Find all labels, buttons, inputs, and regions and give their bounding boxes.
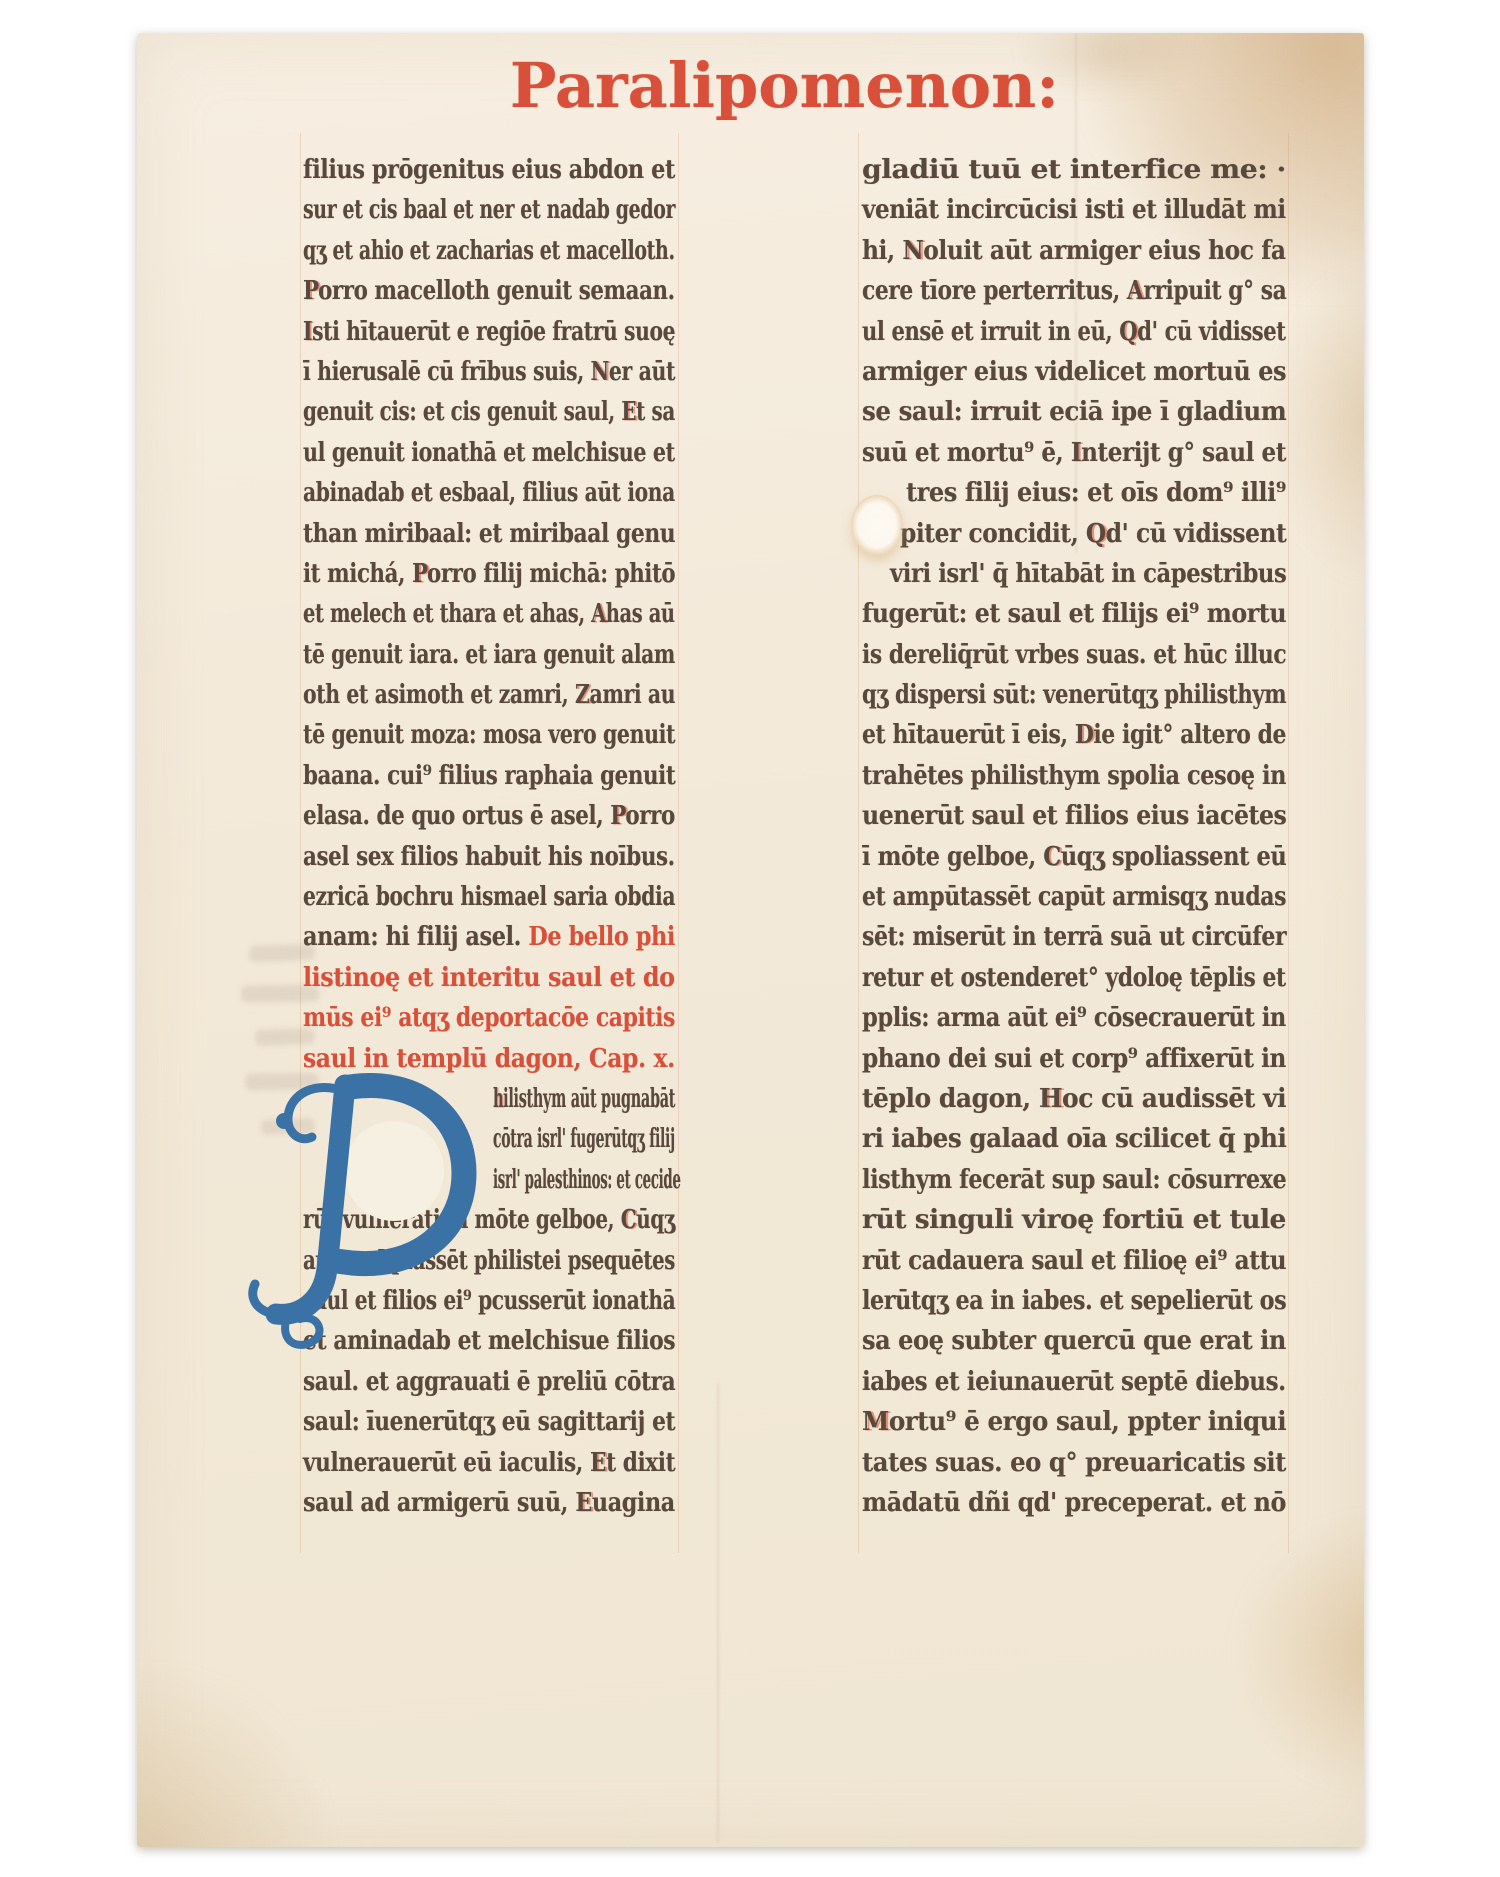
text-line: gladiū tuū et interfice me: · [862,150,1286,190]
ruling-line [1288,133,1289,1553]
text-line: ī hierusalē cū frībus suis, Ner aūt [303,352,675,392]
stain [137,1672,342,1847]
text-line: mādatū dñi qd' preceperat. et nō [862,1483,1286,1523]
text-line: piter concidit, Qd' cū vidissent [862,514,1286,554]
text-line: tēplo dagon, Hoc cū audissēt vi [862,1079,1286,1119]
ruling-line [678,133,679,1553]
text-line: ri iabes galaad oīa scilicet q̄ phi [862,1119,1286,1159]
text-line: qʒ et ahio et zacharias et macelloth. [303,231,675,271]
text-line: baana. cui⁹ filius raphaia genuit [303,756,675,796]
text-line: qʒ dispersi sūt: venerūtqʒ philisthym [862,675,1286,715]
text-line: suū et mortu⁹ ē, Interijt g° saul et [862,433,1286,473]
text-line: oth et asimoth et zamri, Zamri au [303,675,675,715]
text-line: tates suas. eo q° preuaricatis sit [862,1443,1286,1483]
text-line: listhym fecerāt sup saul: cōsurrexe [862,1160,1286,1200]
text-line: saul. et aggrauati ē preliū cōtra [303,1362,675,1402]
vellum-hole [851,495,903,555]
text-line: ezricā bochru hismael saria obdia [303,877,675,917]
text-line: rūt cadauera saul et filioę ei⁹ attu [862,1241,1286,1281]
text-line: lerūtqʒ ea in iabes. et sepelierūt os [862,1281,1286,1321]
text-column-right: gladiū tuū et interfice me: ·veniāt inci… [862,150,1286,1523]
text-line: filius prōgenitus eius abdon et [303,150,675,190]
text-line: asel sex filios habuit his noībus. [303,837,675,877]
text-line: elasa. de quo ortus ē asel, Porro [303,796,675,836]
text-line: ī mōte gelboe, Cūqʒ spoliassent eū [862,837,1286,877]
text-line: tres filij eius: et oīs dom⁹ illi⁹ [862,473,1286,513]
parchment-crease [717,1383,719,1843]
text-line: sur et cis baal et ner et nadab gedor [303,190,675,230]
text-line: mūs ei⁹ atqʒ deportacōe capitis [303,998,675,1038]
text-line: listinoę et interitu saul et do [303,958,675,998]
text-line: sa eoę subter quercū que erat in [862,1321,1286,1361]
text-line: iabes et ieiunauerūt septē diebus. [862,1362,1286,1402]
text-line: Porro macelloth genuit semaan. [303,271,675,311]
initial-counter [344,1121,444,1221]
text-line: Mortu⁹ ē ergo saul, ppter iniqui [862,1402,1286,1442]
text-line: rūt singuli viroę fortiū et tule [862,1200,1286,1240]
text-line: phano dei sui et corp⁹ affixerūt in [862,1039,1286,1079]
page-heading: Paralipomenon: [171,49,1364,122]
text-line: cere tīore perterritus, Arripuit g° sa [862,271,1286,311]
text-line: saul ad armigerū suū, Euagina [303,1483,675,1523]
text-line: retur et ostenderet° ydoloę tēplis et [862,958,1286,998]
text-line: et ampūtassēt capūt armisqʒ nudas [862,877,1286,917]
text-line: veniāt incircūcisi isti et illudāt mi [862,190,1286,230]
text-line: armiger eius videlicet mortuū es [862,352,1286,392]
text-line: ul genuit ionathā et melchisue et [303,433,675,473]
text-line: pplis: arma aūt ei⁹ cōsecrauerūt in [862,998,1286,1038]
text-line: fugerūt: et saul et filijs ei⁹ mortu [862,594,1286,634]
text-line: is dereliq̄rūt vrbes suas. et hūc illuc [862,635,1286,675]
manuscript-page: Paralipomenon: filius prōgenitus eius ab… [137,33,1364,1847]
text-line: uenerūt saul et filios eius iacētes [862,796,1286,836]
stain [1234,1513,1364,1793]
text-line: saul: īuenerūtqʒ eū sagittarij et [303,1402,675,1442]
text-line: se saul: irruit eciā ipe ī gladium [862,392,1286,432]
text-line: genuit cis: et cis genuit saul, Et sa [303,392,675,432]
text-line: sēt: miserūt in terrā suā ut circūfer [862,917,1286,957]
illuminated-initial-P [232,1071,484,1355]
text-line: vulnerauerūt eū iaculis, Et dixit [303,1443,675,1483]
text-line: ul ensē et irruit in eū, Qd' cū vidisset [862,312,1286,352]
text-line: than miribaal: et miribaal genu [303,514,675,554]
text-line: anam: hi filij asel. De bello phi [303,917,675,957]
text-line: it michá, Porro filij michā: phitō [303,554,675,594]
text-line: viri isrl' q̄ hītabāt in cāpestribus [862,554,1286,594]
text-line: et hītauerūt ī eis, Die igit° altero de [862,715,1286,755]
text-line: trahētes philisthym spolia cesoę in [862,756,1286,796]
text-line: tē genuit moza: mosa vero genuit [303,715,675,755]
ruling-line [858,133,859,1553]
text-line: abinadab et esbaal, filius aūt iona [303,473,675,513]
text-line: hi, Noluit aūt armiger eius hoc fa [862,231,1286,271]
text-line: Isti hītauerūt e regiōe fratrū suoę [303,312,675,352]
text-line: et melech et thara et ahas, Ahas aū [303,594,675,634]
text-line: tē genuit iara. et iara genuit alam [303,635,675,675]
